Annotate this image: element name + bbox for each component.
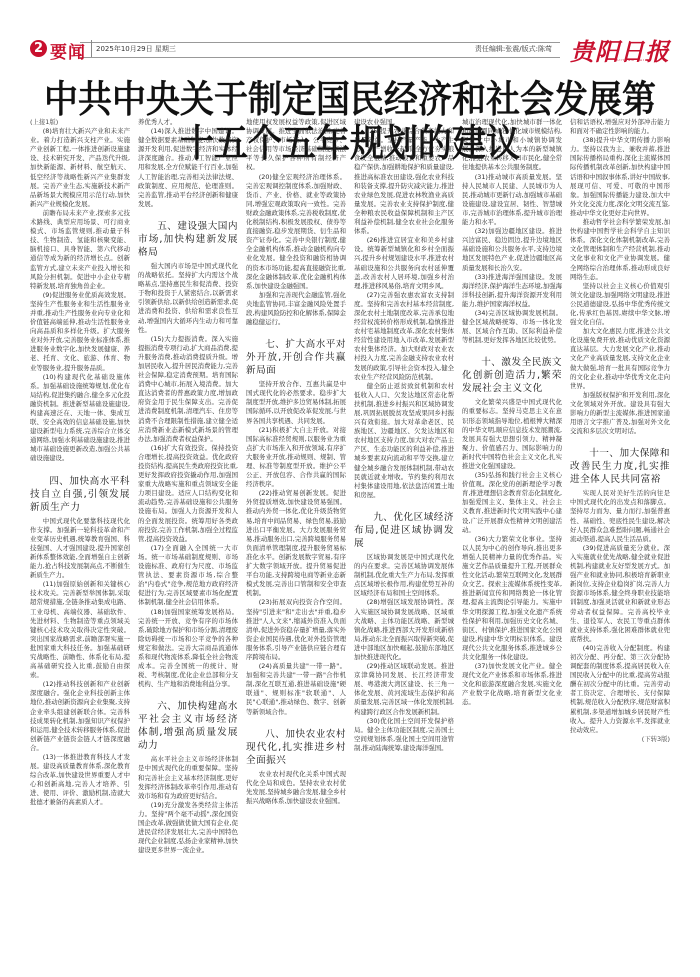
article-body: (上接1版)(8)培育壮大新兴产业和未来产业。着力打造新兴支柱产业。实施产业创新… xyxy=(30,118,670,968)
paragraph: (16)扩大有效投资。保持投资合理增长,提高投资效益。优化政府投资结构,提高民生… xyxy=(138,444,238,544)
paragraph: (18)加强国家统筹发展格局。完善统一开放、竞争有序的市场体系,破除地方保护和市… xyxy=(138,608,238,690)
paragraph: (15)大力提振消费。深入实施提振消费专项行动,扩大商品消费,提升服务消费,推动… xyxy=(138,335,238,444)
page-number-badge: 2 xyxy=(30,40,47,57)
paragraph: 加强和完善现代金融监管,强化央地监管协同,丰富金融风险处置手段,构建风险防控和化… xyxy=(246,291,346,327)
paragraph: 中国式现代化要靠科技现代化作支撑。加强新一轮科技革命和产业变革历史机遇,统筹教育… xyxy=(30,517,130,581)
section-heading: 八、加快农业农村现代化,扎实推进乡村全面振兴 xyxy=(246,728,346,767)
paragraph: (21)积极扩大自主开放。对接国际高标准经贸规则,以服务业为重点扩大市场准入和开… xyxy=(246,426,346,490)
paragraph: 区域协调发展是中国式现代化的内在要求。完善区域协调发展体制机制,优化重大生产力布… xyxy=(354,553,454,598)
paragraph: (22)推动贸易创新发展。促进外贸提质增效,加快建设贸易强国。推动内外贸一体化,… xyxy=(246,489,346,598)
paragraph: (24)高质量共建"一带一路"。加强和完善共建"一带一路"合作机制,深化互联互通… xyxy=(246,662,346,717)
issue-date: 2025年10月29日 星期三 xyxy=(96,44,176,54)
paragraph: (20)健全宏观经济治理体系。完善宏观调控制度体系,加强财政、货币、产业、价格、… xyxy=(246,173,346,291)
paragraph: (17)全面融入全国统一大市场。统一市场基础制度规则、市场设施标准、政府行为尺度… xyxy=(138,544,238,608)
paragraph: (8)培育壮大新兴产业和未来产业。着力打造新兴支柱产业。实施产业创新工程,一体推… xyxy=(30,127,130,209)
section-heading: 五、建设强大国内市场,加快构建新发展格局 xyxy=(138,220,238,259)
paragraph: (9)促进服务业优质高效发展。坚持生产性服务业和生活性服务业并重,推动生产性服务… xyxy=(30,291,130,373)
continued-from-note: (上接1版) xyxy=(30,118,130,127)
paragraph: (39)促进高质量充分就业。深入实施就业优先战略,健全就业促进机制,构建就业友好… xyxy=(570,544,670,644)
paragraph: (37)加快发展文化产业。健全现代文化产业体系和市场体系,推进文化和旅游深度融合… xyxy=(462,662,562,707)
article-column: 地使用权发展权益等政策,促进区域协调发展。推进全面依法治国,完善产权保护、市场准… xyxy=(246,118,346,968)
article-column: 城市治理现代化,加快城市群一体化和都市圈同城化,优化城市规模结构,促进大中小城市… xyxy=(462,118,562,968)
paragraph: (13)一体推进教育科技人才发展。建设高质量教育体系,深化教育综合改革,加快建设… xyxy=(30,753,130,808)
paragraph: 农业农村现代化关系中国式现代化全局和成色。坚持农业农村优先发展,坚持城乡融合发展… xyxy=(246,770,346,806)
paragraph: 文化繁荣兴盛是中国式现代化的重要标志。坚持马克思主义在意识形态领域指导地位,植根… xyxy=(462,398,562,471)
paragraph: (25)提升农业综合生产能力和质量效益。坚持产量产能、生产生态、增产增收一起抓,… xyxy=(354,127,454,236)
article-column: 信和话语权,增强应对外部冲击能力和面对不确定性影响的能力。(38)提升中华文明传… xyxy=(570,118,670,968)
paragraph: (12)推动科技创新和产业创新深度融合。强化企业科技创新主体地位,推动创新资源向… xyxy=(30,680,130,753)
paragraph: 坚持开放合作、互惠共赢是中国式现代化的必然要求。稳步扩大制度型开放,维护多边贸易… xyxy=(246,380,346,425)
paragraph: (14)深入推进数字中国建设。健全数据要素基础制度,加快数据资源开发利用,促进数… xyxy=(138,127,238,209)
newspaper-logo-subtitle: GUIYANG DAILY xyxy=(614,58,650,62)
paragraph: 信和话语权,增强应对外部冲击能力和面对不确定性影响的能力。 xyxy=(570,118,670,136)
paragraph: 地使用权发展权益等政策,促进区域协调发展。推进全面依法治国,完善产权保护、市场准… xyxy=(246,118,346,173)
masthead-bottom-rule xyxy=(80,57,560,58)
paragraph: (34)完善区域协调发展机制。健全区域战略统筹、市场一体化发展、区域合作互助、区… xyxy=(462,309,562,345)
paragraph: (28)增强区域发展协调性。深入实施区域协调发展战略、区域重大战略、主体功能区战… xyxy=(354,598,454,662)
paragraph: 城市治理现代化,加快城市群一体化和都市圈同城化,优化城市规模结构,促进大中小城市… xyxy=(462,118,562,173)
article-column: (上接1版)(8)培育壮大新兴产业和未来产业。着力打造新兴支柱产业。实施产业创新… xyxy=(30,118,130,968)
section-heading: 十一、加大保障和改善民生力度,扎实推进全体人民共同富裕 xyxy=(570,447,670,486)
paragraph: 实现人民对美好生活的向往是中国式现代化的出发点和落脚点。坚持尽力而为、量力而行,… xyxy=(570,489,670,544)
masthead-top-rule xyxy=(80,42,560,43)
paragraph: (29)推动区域联动发展。推进京津冀协同发展、长江经济带发展、粤港澳大湾区建设、… xyxy=(354,662,454,717)
paragraph: (33)推进海洋强国建设。发展海洋经济,保护海洋生态环境,加强海洋科技创新,提升… xyxy=(462,273,562,309)
paragraph: 加大文化惠民力度,推进公共文化设施免费开放,推动优质文化资源直达基层。大力发展文… xyxy=(570,327,670,391)
paragraph: 推动哲学社会科学繁荣发展,加快构建中国哲学社会科学自主知识体系。深化文化体制机制… xyxy=(570,218,670,282)
paragraph: (36)大力繁荣文化事业。坚持以人民为中心的创作导向,推出更多增强人民精神力量的… xyxy=(462,535,562,662)
editors-credit: 责任编辑:张震/版式:陈莺 xyxy=(475,44,552,54)
paragraph: (40)完善收入分配制度。构建初次分配、再分配、第三次分配协调配套的制度体系,提… xyxy=(570,644,670,735)
paragraph: (19)充分激发各类经营主体活力。坚持"两个毫不动摇",深化国资国企改革,做强做… xyxy=(138,801,238,856)
paragraph: 建设农业强国。 xyxy=(354,118,454,127)
paragraph: 健全防止返贫致贫机制和农村低收入人口、欠发达地区常态化帮扶机制,推进乡村振兴和区… xyxy=(354,382,454,500)
article-column: 养优秀人才。(14)深入推进数字中国建设。健全数据要素基础制度,加快数据资源开发… xyxy=(138,118,238,968)
continued-to-note: (下转3版) xyxy=(570,735,670,744)
section-heading: 九、优化区域经济布局,促进区域协调发展 xyxy=(354,511,454,550)
section-heading: 七、扩大高水平对外开放,开创合作共赢新局面 xyxy=(246,338,346,377)
paragraph: 强大国内市场是中国式现代化的战略依托。坚持扩大内需这个战略基点,坚持惠民生和促消… xyxy=(138,262,238,335)
paragraph: (26)推进宜居宜业和美乡村建设。统筹新型城镇化和乡村全面振兴,提升乡村规划建设… xyxy=(354,236,454,291)
paragraph: 加强版权保护和开发利用,深化文化领域对外开放。建设具有强大影响力的新型主流媒体,… xyxy=(570,391,670,436)
paragraph: (23)拓展双向投资合作空间。坚持"引进来"和"走出去"并重,稳步推进"人人文来… xyxy=(246,598,346,662)
paragraph: 前瞻布局未来产业,探索多元技术路线、典型应用场景、可行商业模式、市场监管规则,推… xyxy=(30,209,130,291)
paragraph: (11)加强原始创新和关键核心技术攻关。完善新型举国体制,采取超常规措施,全链条… xyxy=(30,580,130,680)
section-heading: 四、加快高水平科技自立自强,引领发展新质生产力 xyxy=(30,475,130,514)
paragraph: (31)推动城市高质量发展。坚持人民城市人民建、人民城市为人民,推动城市更新行动… xyxy=(462,173,562,228)
paragraph: 高水平社会主义市场经济体制是中国式现代化的重要保障。坚持和完善社会主义基本经济制… xyxy=(138,755,238,800)
section-heading: 十、激发全民族文化创新创造活力,繁荣发展社会主义文化 xyxy=(462,356,562,395)
paragraph: (27)完善强农惠农富农支持制度。坚持和完善农村基本经营制度,深化农村土地制度改… xyxy=(354,291,454,382)
article-column: 建设农业强国。(25)提升农业综合生产能力和质量效益。坚持产量产能、生产生态、增… xyxy=(354,118,454,968)
section-divider xyxy=(91,40,92,57)
paragraph: (38)提升中华文明传播力影响力。坚持以我为主、兼收并蓄,推进国际传播格局重构,… xyxy=(570,136,670,218)
paragraph: 养优秀人才。 xyxy=(138,118,238,127)
paragraph: 坚持以社会主义核心价值观引领文化建设,加强网络文明建设,推进公民道德建设,弘扬中… xyxy=(570,282,670,327)
section-heading: 六、加快构建高水平社会主义市场经济体制,增强高质量发展动力 xyxy=(138,700,238,752)
paragraph: (30)优化国土空间开发保护格局。健全主体功能区制度,完善国土空间规划体系,强化… xyxy=(354,717,454,753)
paragraph: (10)构建现代化基础设施体系。加强基础设施统筹规划,优化布局结构,促进集约融合… xyxy=(30,373,130,464)
section-name: 要闻 xyxy=(50,38,86,63)
paragraph: (32)加强边疆地区建设。推进兴边富民、稳边固边,提升边境地区基础设施和公共服务… xyxy=(462,227,562,272)
paragraph: (35)弘扬和践行社会主义核心价值观。深化党的创新理论学习教育,推进理想信念教育… xyxy=(462,471,562,535)
page-masthead: 2 要闻 2025年10月29日 星期三 责任编辑:张震/版式:陈莺 贵阳日报 … xyxy=(30,38,670,60)
